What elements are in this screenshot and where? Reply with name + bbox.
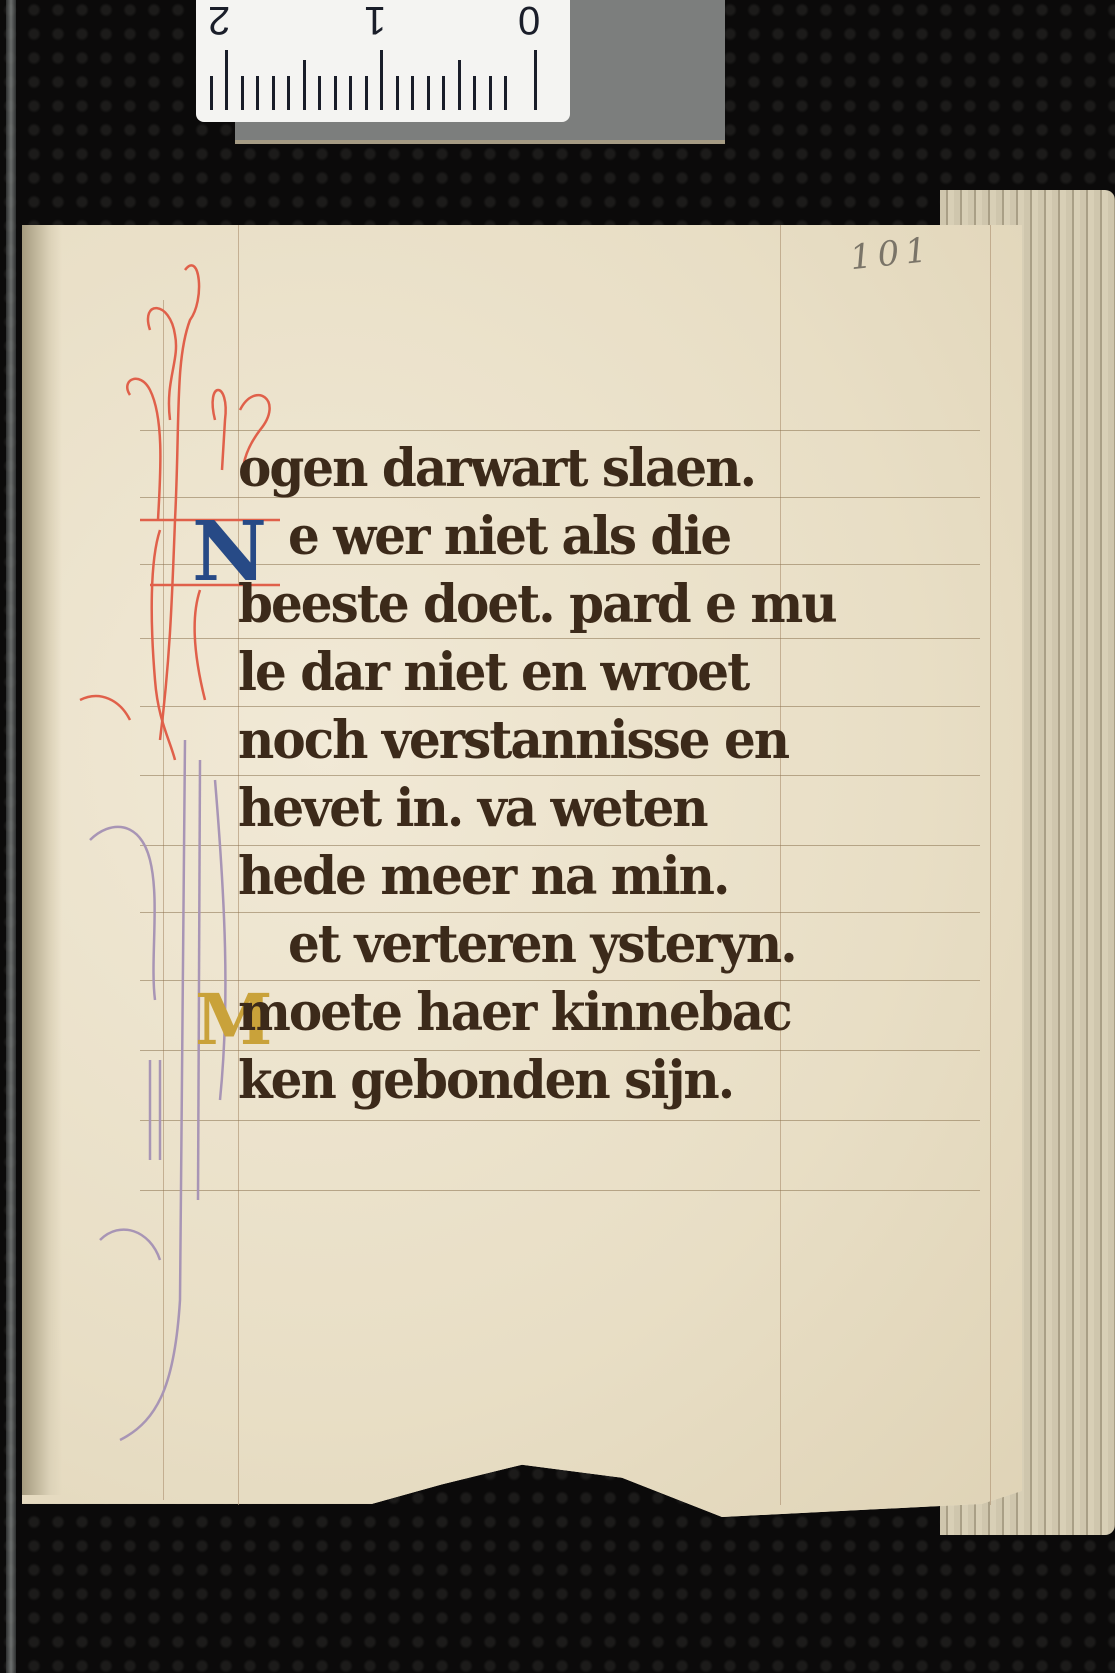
text-line-10: ken gebonden sijn. — [238, 1040, 858, 1111]
text-line-5: noch verstannisse en — [238, 700, 858, 771]
text-line-3: beeste doet. pard e mu — [238, 564, 858, 635]
text-line-1: ogen darwart slaen. — [238, 428, 858, 499]
text-line-6: hevet in. va weten — [238, 768, 858, 839]
text-line-4: le dar niet en wroet — [238, 632, 858, 703]
text-line-9: moete haer kinnebac — [238, 972, 858, 1043]
text-line-7: hede meer na min. — [238, 836, 858, 907]
text-line-2: e wer niet als die — [238, 496, 858, 567]
text-line-8: et verteren ysteryn. — [238, 904, 858, 975]
manuscript-text-block: ogen darwart slaen. e wer niet als die b… — [238, 430, 858, 1110]
